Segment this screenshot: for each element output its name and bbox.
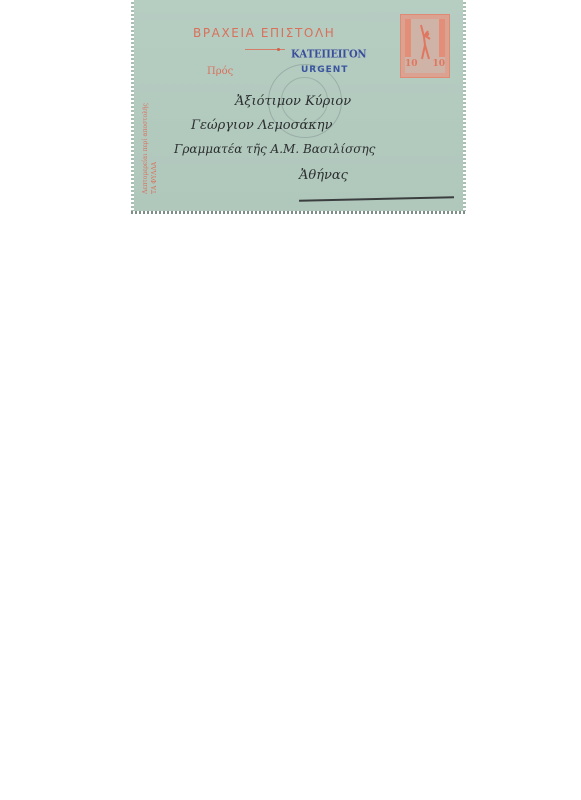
side-printed-text: Λεπτομερείαι περί αποστολής ΤΑ ΦΥΛΛΑ <box>141 34 169 194</box>
letter-card: Λεπτομερείαι περί αποστολής ΤΑ ΦΥΛΛΑ ΒΡΑ… <box>131 0 466 214</box>
stamp-country-label-left <box>405 19 411 57</box>
perforation-right <box>463 0 466 214</box>
addressee-label: Πρός <box>207 66 233 77</box>
address-line-salutation: Ἀξιότιμον Κύριον <box>235 94 351 109</box>
address-line-city: Ἀθήνας <box>299 168 348 183</box>
side-text-line: Λεπτομερείαι περί αποστολής <box>141 34 150 194</box>
address-underline <box>299 196 454 201</box>
urgent-stamp-english: URGENT <box>301 65 348 75</box>
side-text-line: ΤΑ ΦΥΛΛΑ <box>150 34 159 194</box>
stamp-country-label-right <box>439 19 445 57</box>
urgent-stamp-greek: ΚΑΤΕΠΕΙΓΟΝ <box>291 48 366 60</box>
address-line-title: Γραμματέα τῆς Α.Μ. Βασιλίσσης <box>174 142 375 156</box>
mercury-figure-icon <box>418 23 432 61</box>
card-title: ΒΡΑΧΕΙΑ ΕΠΙΣΤΟΛΗ <box>193 26 335 40</box>
perforation-bottom <box>131 211 466 214</box>
perforation-left <box>131 0 134 214</box>
postage-stamp: 10 10 <box>400 14 450 78</box>
address-line-name: Γεώργιον Λεμοσάκην <box>191 118 332 133</box>
stamp-value-right: 10 <box>432 59 445 69</box>
stamp-value-left: 10 <box>405 59 418 69</box>
title-rule-ornament <box>277 48 280 51</box>
